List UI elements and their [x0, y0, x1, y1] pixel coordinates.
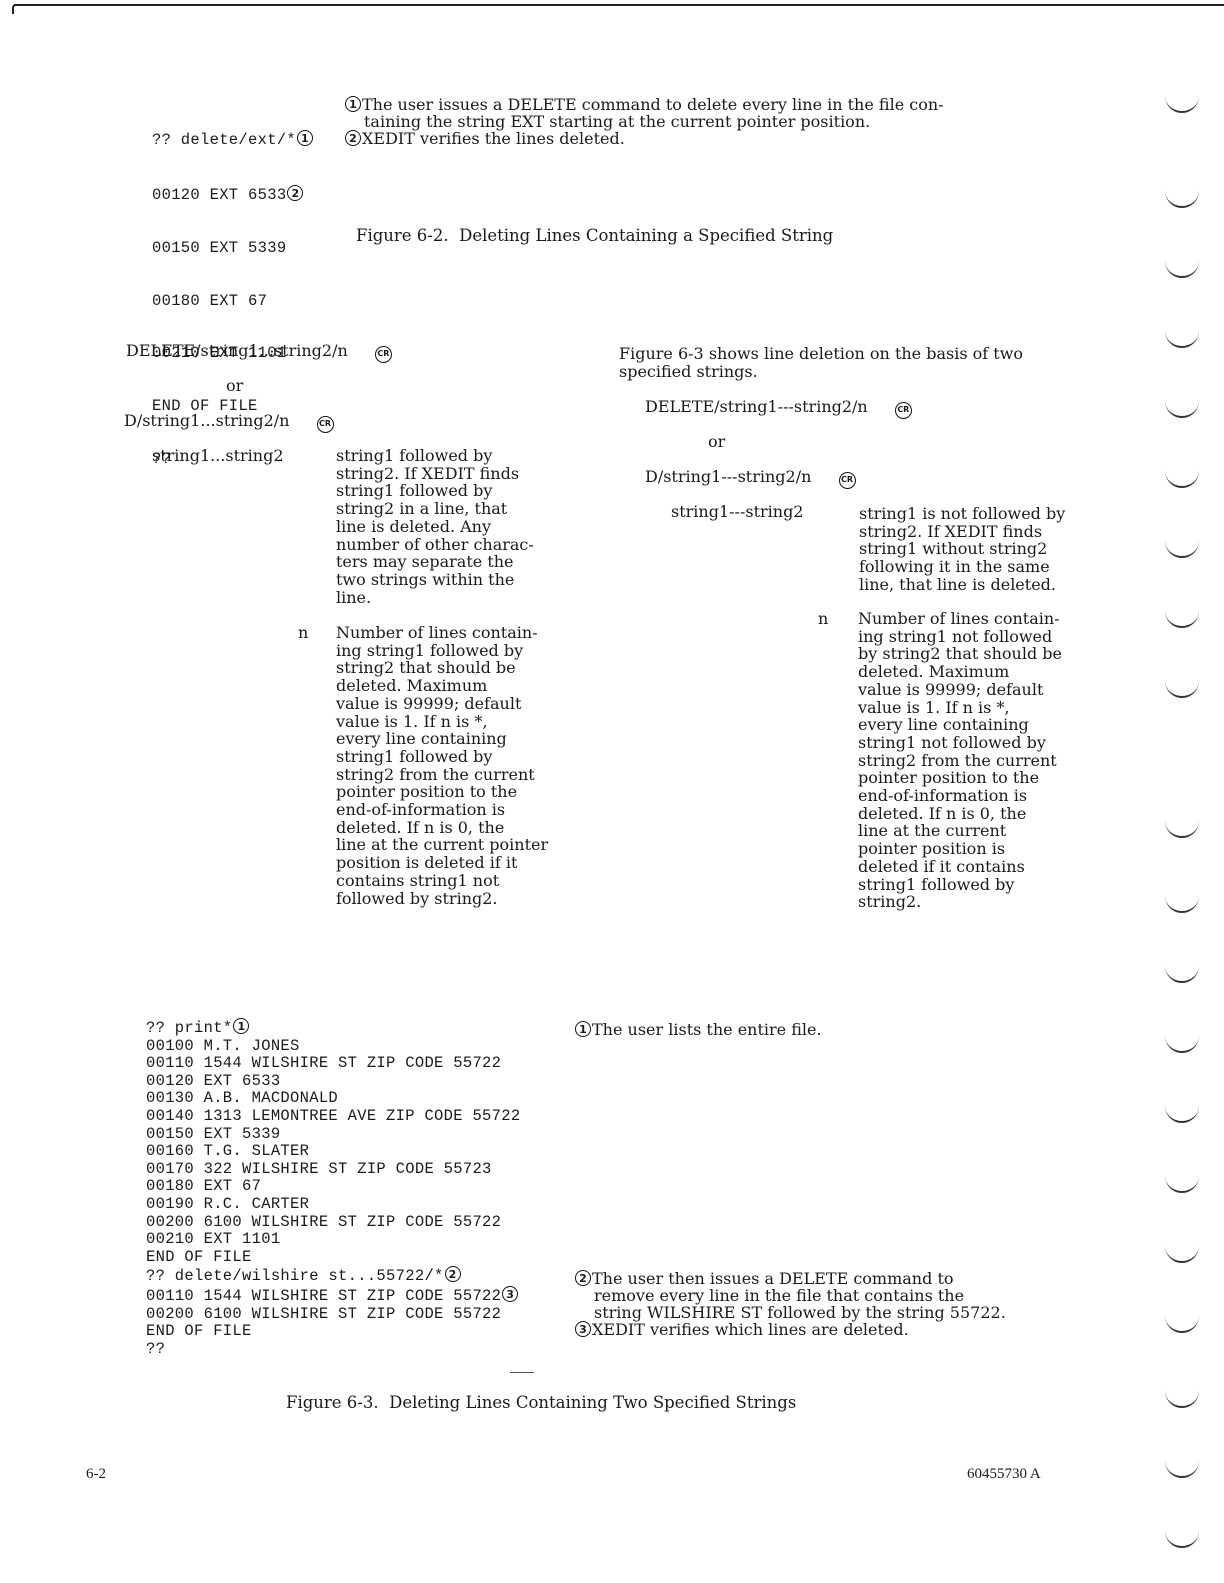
description-line: value is 99999; default: [858, 681, 1108, 699]
callout-3-icon: 3: [575, 1321, 591, 1337]
callout-1-icon: 1: [297, 130, 313, 146]
description-line: string1 not followed by: [858, 734, 1108, 752]
code-line: END OF FILE: [146, 1323, 520, 1341]
binder-hole: [1165, 330, 1199, 348]
description-line: pointer position is: [858, 840, 1108, 858]
binder-hole: [1165, 1315, 1199, 1333]
scan-top-corner: [12, 4, 18, 14]
carriage-return-icon: CR: [839, 472, 856, 489]
binder-hole: [1165, 895, 1199, 913]
code-line: ?? print*1: [146, 1018, 520, 1038]
description-line: string1 followed by: [336, 447, 586, 465]
note-2: 2XEDIT verifies the lines deleted.: [344, 130, 1044, 147]
right-intro: Figure 6-3 shows line deletion on the ba…: [619, 345, 1023, 380]
code-line: 00120 EXT 65332: [152, 185, 314, 205]
description-line: number of other charac-: [336, 536, 586, 554]
description-line: string2. If XEDIT finds: [336, 465, 586, 483]
binder-hole: [1165, 1035, 1199, 1053]
figure-6-2-caption: Figure 6-2. Deleting Lines Containing a …: [356, 226, 833, 245]
scan-top-edge: [14, 4, 1224, 6]
description-line: string1 followed by: [336, 482, 586, 500]
code-line: 00160 T.G. SLATER: [146, 1143, 520, 1161]
description-line: following it in the same: [859, 558, 1109, 576]
carriage-return-icon: CR: [317, 416, 334, 433]
description-line: string1 followed by: [336, 748, 586, 766]
callout-3-icon: 3: [502, 1286, 518, 1302]
right-syntax-or: or: [708, 433, 725, 451]
note-1-continued: taining the string EXT starting at the c…: [344, 113, 1044, 130]
binder-hole: [1165, 1530, 1199, 1548]
description-line: Number of lines contain-: [858, 610, 1108, 628]
code-line: 00210 EXT 1101: [146, 1231, 520, 1249]
code-line: 00130 A.B. MACDONALD: [146, 1090, 520, 1108]
description-line: string2 from the current: [858, 752, 1108, 770]
note-2: 2The user then issues a DELETE command t…: [574, 1270, 1006, 1287]
callout-2-icon: 2: [575, 1270, 591, 1286]
description-line: line.: [336, 589, 586, 607]
description-line: every line containing: [858, 716, 1108, 734]
param-term: string1...string2: [152, 447, 284, 465]
description-line: string2 from the current: [336, 766, 586, 784]
description-line: deleted. If n is 0, the: [336, 819, 586, 837]
binder-hole: [1165, 965, 1199, 983]
callout-2-icon: 2: [287, 185, 303, 201]
figure-6-3-notes-2-3: 2The user then issues a DELETE command t…: [574, 1270, 1006, 1338]
callout-1-icon: 1: [345, 96, 361, 112]
figure-6-3-terminal: ?? print*100100 M.T. JONES00110 1544 WIL…: [146, 1018, 520, 1358]
right-syntax-form2: D/string1---string2/n CR: [645, 468, 856, 489]
carriage-return-icon: CR: [895, 402, 912, 419]
right-syntax-form1: DELETE/string1---string2/n CR: [645, 398, 912, 419]
description-line: deleted. Maximum: [858, 663, 1108, 681]
description-line: line is deleted. Any: [336, 518, 586, 536]
figure-6-2-notes: 1The user issues a DELETE command to del…: [344, 96, 1044, 147]
binder-hole: [1165, 260, 1199, 278]
binder-hole: [1165, 820, 1199, 838]
description-line: end-of-information is: [858, 787, 1108, 805]
code-line: 00170 322 WILSHIRE ST ZIP CODE 55723: [146, 1161, 520, 1179]
code-line: 00110 1544 WILSHIRE ST ZIP CODE 55722: [146, 1055, 520, 1073]
description-line: line, that line is deleted.: [859, 576, 1109, 594]
description-line: contains string1 not: [336, 872, 586, 890]
document-number: 60455730 A: [967, 1466, 1041, 1483]
description-line: followed by string2.: [336, 890, 586, 908]
binder-hole: [1165, 540, 1199, 558]
param-description: Number of lines contain-ing string1 foll…: [336, 624, 586, 907]
description-line: deleted. Maximum: [336, 677, 586, 695]
callout-1-icon: 1: [575, 1021, 591, 1037]
description-line: pointer position to the: [858, 769, 1108, 787]
binder-hole: [1165, 1105, 1199, 1123]
figure-6-3-caption: Figure 6-3. Deleting Lines Containing Tw…: [286, 1393, 796, 1412]
description-line: string1 followed by: [858, 876, 1108, 894]
description-line: every line containing: [336, 730, 586, 748]
description-line: ters may separate the: [336, 553, 586, 571]
callout-1-icon: 1: [233, 1018, 249, 1034]
figure-6-3-note-1: 1The user lists the entire file.: [574, 1021, 822, 1038]
description-line: value is 99999; default: [336, 695, 586, 713]
description-line: string2.: [858, 893, 1108, 911]
param-term: string1---string2: [671, 503, 803, 521]
code-line: 00200 6100 WILSHIRE ST ZIP CODE 55722: [146, 1306, 520, 1324]
description-line: deleted if it contains: [858, 858, 1108, 876]
binder-hole: [1165, 470, 1199, 488]
description-line: by string2 that should be: [858, 645, 1108, 663]
binder-hole: [1165, 400, 1199, 418]
binder-hole: [1165, 610, 1199, 628]
code-line: 00100 M.T. JONES: [146, 1038, 520, 1056]
callout-2-icon: 2: [345, 130, 361, 146]
binder-hole: [1165, 1460, 1199, 1478]
param-term: n: [298, 624, 308, 642]
description-line: value is 1. If n is *,: [858, 699, 1108, 717]
description-line: position is deleted if it: [336, 854, 586, 872]
binder-hole: [1165, 1175, 1199, 1193]
description-line: ing string1 followed by: [336, 642, 586, 660]
description-line: value is 1. If n is *,: [336, 713, 586, 731]
code-line: 00190 R.C. CARTER: [146, 1196, 520, 1214]
description-line: line at the current pointer: [336, 836, 586, 854]
description-line: line at the current: [858, 822, 1108, 840]
left-syntax-or: or: [226, 377, 243, 395]
binder-hole: [1165, 95, 1199, 113]
code-line: ?? delete/wilshire st...55722/*2: [146, 1266, 520, 1286]
binder-hole: [1165, 680, 1199, 698]
code-line: 00180 EXT 67: [152, 293, 314, 311]
description-line: two strings within the: [336, 571, 586, 589]
description-line: string2 in a line, that: [336, 500, 586, 518]
code-line: 00200 6100 WILSHIRE ST ZIP CODE 55722: [146, 1214, 520, 1232]
left-syntax-form1: DELETE/string1...string2/n CR: [126, 342, 392, 363]
description-line: end-of-information is: [336, 801, 586, 819]
description-line: Number of lines contain-: [336, 624, 586, 642]
param-description: Number of lines contain-ing string1 not …: [858, 610, 1108, 911]
description-line: string2. If XEDIT finds: [859, 523, 1109, 541]
divider-mark: [510, 1372, 534, 1373]
description-line: string2 that should be: [336, 659, 586, 677]
binder-hole: [1165, 1245, 1199, 1263]
left-syntax-form2: D/string1...string2/n CR: [124, 412, 334, 433]
code-line: 00120 EXT 6533: [146, 1073, 520, 1091]
binder-hole: [1165, 190, 1199, 208]
description-line: string1 is not followed by: [859, 505, 1109, 523]
page-number: 6-2: [86, 1466, 106, 1483]
code-line: 00150 EXT 5339: [152, 240, 314, 258]
callout-2-icon: 2: [445, 1266, 461, 1282]
binder-hole: [1165, 1390, 1199, 1408]
description-line: string1 without string2: [859, 540, 1109, 558]
description-line: ing string1 not followed: [858, 628, 1108, 646]
param-description: string1 is not followed bystring2. If XE…: [859, 505, 1109, 594]
param-term: n: [818, 610, 828, 628]
note-3: 3XEDIT verifies which lines are deleted.: [574, 1321, 1006, 1338]
code-line: ?? delete/ext/*1: [152, 130, 314, 150]
code-line: 00180 EXT 67: [146, 1178, 520, 1196]
code-line: END OF FILE: [146, 1249, 520, 1267]
code-line: 00150 EXT 5339: [146, 1126, 520, 1144]
carriage-return-icon: CR: [375, 346, 392, 363]
description-line: deleted. If n is 0, the: [858, 805, 1108, 823]
code-line: 00140 1313 LEMONTREE AVE ZIP CODE 55722: [146, 1108, 520, 1126]
code-line: ??: [146, 1341, 520, 1359]
note-1: 1The user issues a DELETE command to del…: [344, 96, 1044, 113]
description-line: pointer position to the: [336, 783, 586, 801]
code-line: 00110 1544 WILSHIRE ST ZIP CODE 557223: [146, 1286, 520, 1306]
param-description: string1 followed bystring2. If XEDIT fin…: [336, 447, 586, 606]
